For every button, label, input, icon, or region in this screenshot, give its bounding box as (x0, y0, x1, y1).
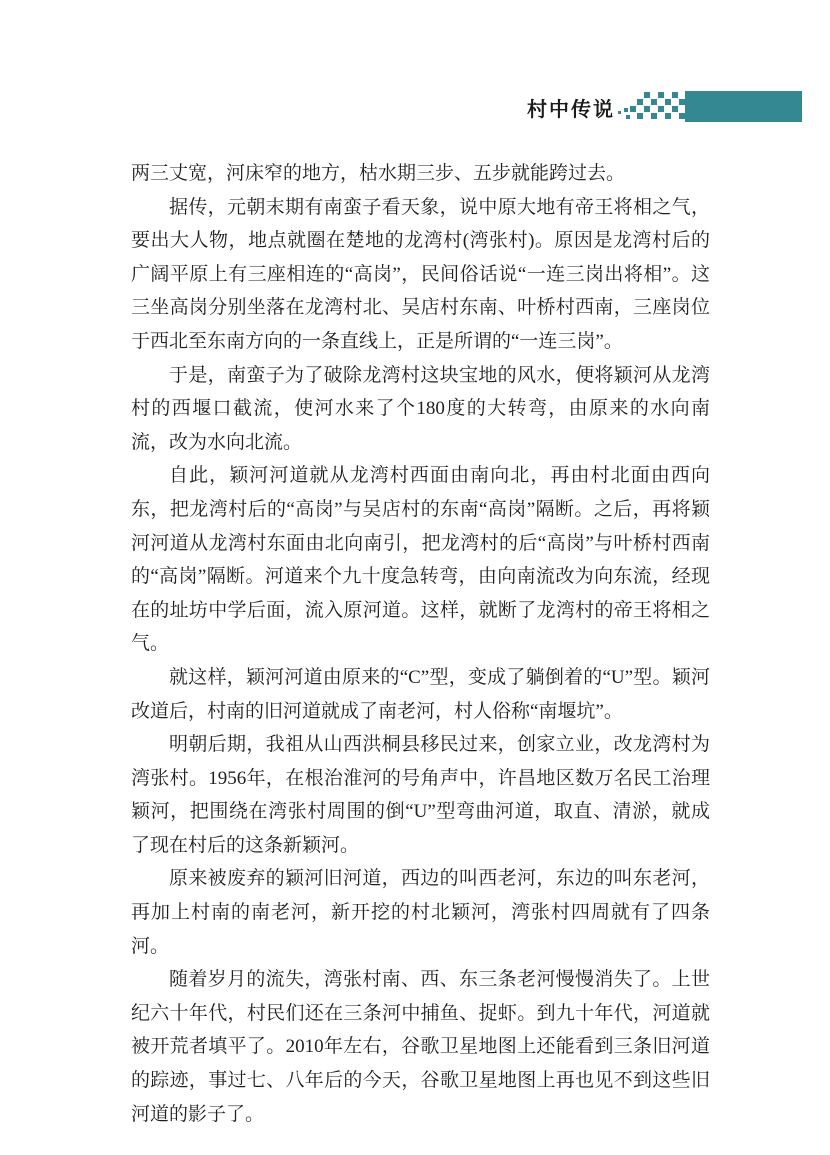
page-title: 村中传说 (527, 93, 617, 122)
paragraph: 明朝后期，我祖从山西洪桐县移民过来，创家立业，改龙湾村为湾张村。1956年，在根… (131, 728, 710, 862)
paragraph: 就这样，颖河河道由原来的“C”型，变成了躺倒着的“U”型。颖河改道后，村南的旧河… (131, 661, 710, 728)
book-page: 村中传说 (0, 0, 830, 1155)
paragraph: 原来被废弃的颖河旧河道，西边的叫西老河，东边的叫东老河，再加上村南的南老河，新开… (131, 862, 710, 963)
paragraph: 随着岁月的流失，湾张村南、西、东三条老河慢慢消失了。上世纪六十年代，村民们还在三… (131, 963, 710, 1131)
paragraph: 自此，颖河河道就从龙湾村西面由南向北，再由村北面由西向东，把龙湾村后的“高岗”与… (131, 459, 710, 661)
body-text: 两三丈宽，河床窄的地方，枯水期三步、五步就能跨过去。 据传，元朝末期有南蛮子看天… (131, 157, 710, 1131)
header-accent-bar (685, 91, 802, 122)
checker-dissolve-icon (616, 91, 686, 122)
paragraph: 据传，元朝末期有南蛮子看天象，说中原大地有帝王将相之气，要出大人物，地点就圈在楚… (131, 191, 710, 359)
paragraph: 两三丈宽，河床窄的地方，枯水期三步、五步就能跨过去。 (131, 157, 710, 191)
paragraph: 于是，南蛮子为了破除龙湾村这块宝地的风水，便将颖河从龙湾村的西堰口截流，使河水来… (131, 359, 710, 460)
running-head: 村中传说 (0, 0, 830, 130)
header-decoration (616, 91, 802, 122)
